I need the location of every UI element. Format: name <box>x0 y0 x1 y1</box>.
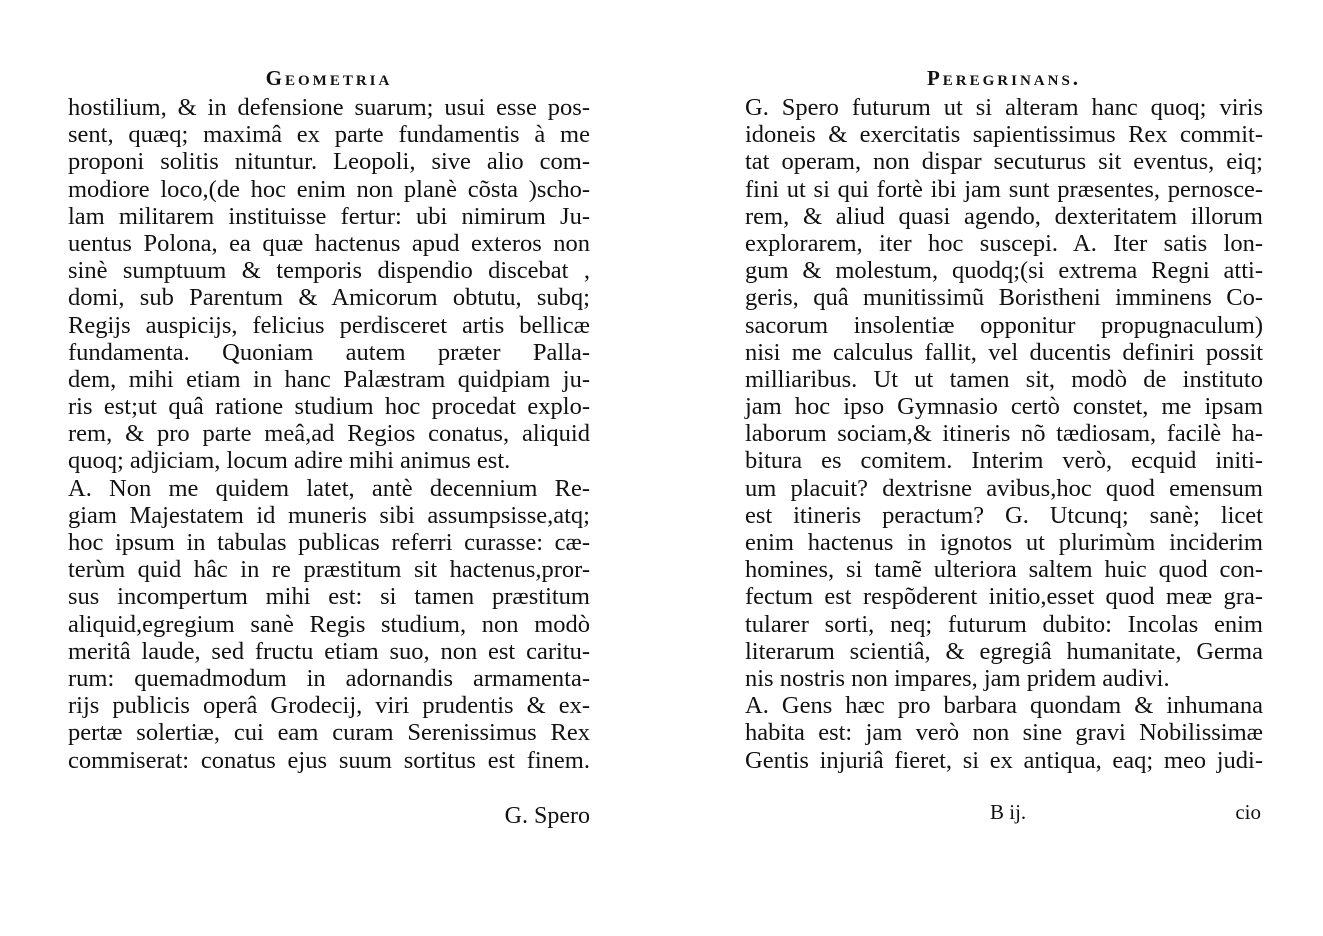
text-line: milliaribus. Ut ut tamen sit, modò de in… <box>745 366 1263 393</box>
text-line: tularer sorti, neq; futurum dubito: Inco… <box>745 611 1263 638</box>
text-line: habita est: jam verò non sine gravi Nobi… <box>745 719 1263 746</box>
text-line: rem, & pro parte meâ,ad Regios conatus, … <box>68 420 590 447</box>
text-line: sacorum insolentiæ opponitur propugnacul… <box>745 312 1263 339</box>
text-line: jam hoc ipso Gymnasio certò constet, me … <box>745 393 1263 420</box>
text-line: idoneis & exercitatis sapientissimus Rex… <box>745 121 1263 148</box>
text-line: proponi solitis nituntur. Leopoli, sive … <box>68 148 590 175</box>
text-line: literarum scientiâ, & egregiâ humanitate… <box>745 638 1263 665</box>
text-line: sinè sumptuum & temporis dispendio disce… <box>68 257 590 284</box>
text-line: fini ut si qui fortè ibi jam sunt præsen… <box>745 176 1263 203</box>
text-line: dem, mihi etiam in hanc Palæstram quidpi… <box>68 366 590 393</box>
text-line: sent, quæq; maximâ ex parte fundamentis … <box>68 121 590 148</box>
catchword-left: G. Spero <box>505 803 590 830</box>
text-line: enim hactenus in ignotos ut plurimùm inc… <box>745 529 1263 556</box>
text-line: domi, sub Parentum & Amicorum obtutu, su… <box>68 284 590 311</box>
text-line: nisi me calculus fallit, vel ducentis de… <box>745 339 1263 366</box>
text-line: modiore loco,(de hoc enim non planè cõst… <box>68 176 590 203</box>
text-line: homines, si tamẽ ulteriora saltem huic q… <box>745 556 1263 583</box>
text-line: geris, quâ munitissimũ Boristheni immine… <box>745 284 1263 311</box>
text-line: aliquid,egregium sanè Regis studium, non… <box>68 611 590 638</box>
text-line: nis nostris non impares, jam pridem audi… <box>745 665 1263 692</box>
text-line: Gentis injuriâ fieret, si ex antiqua, ea… <box>745 747 1263 774</box>
text-line: bitura es comitem. Interim verò, ecquid … <box>745 447 1263 474</box>
text-line: meritâ laude, sed fructu etiam suo, non … <box>68 638 590 665</box>
text-line: G. Spero futurum ut si alteram hanc quoq… <box>745 94 1263 121</box>
text-line: sus incompertum mihi est: si tamen præst… <box>68 583 590 610</box>
text-line: rum: quemadmodum in adornandis armamenta… <box>68 665 590 692</box>
text-line: A. Non me quidem latet, antè decennium R… <box>68 475 590 502</box>
text-line: gum & molestum, quodq;(si extrema Regni … <box>745 257 1263 284</box>
text-line: Regijs auspicijs, felicius perdisceret a… <box>68 312 590 339</box>
text-line: hoc ipsum in tabulas publicas referri cu… <box>68 529 590 556</box>
text-line: rijs publicis operâ Grodecij, viri prude… <box>68 692 590 719</box>
text-line: ris est;ut quâ ratione studium hoc proce… <box>68 393 590 420</box>
text-line: laborum sociam,& itineris nõ tædiosam, f… <box>745 420 1263 447</box>
running-header-right: Peregrinans. <box>745 66 1263 91</box>
catchword-right: cio <box>1235 800 1261 825</box>
text-line: fundamenta. Quoniam autem præter Palla- <box>68 339 590 366</box>
signature-mark: B ij. <box>990 800 1026 825</box>
running-header-left: Geometria <box>68 66 590 91</box>
text-line: um placuit? dextrisne avibus,hoc quod em… <box>745 475 1263 502</box>
text-line: pertæ solertiæ, cui eam curam Serenissim… <box>68 719 590 746</box>
text-line: A. Gens hæc pro barbara quondam & inhuma… <box>745 692 1263 719</box>
text-line: lam militarem instituisse fertur: ubi ni… <box>68 203 590 230</box>
text-line: terùm quid hâc in re præstitum sit hacte… <box>68 556 590 583</box>
text-line: explorarem, iter hoc suscepi. A. Iter sa… <box>745 230 1263 257</box>
text-line: hostilium, & in defensione suarum; usui … <box>68 94 590 121</box>
text-line: est itineris peractum? G. Utcunq; sanè; … <box>745 502 1263 529</box>
text-line: fectum est respõderent initio,esset quod… <box>745 583 1263 610</box>
text-line: quoq; adjiciam, locum adire mihi animus … <box>68 447 590 474</box>
text-line: commiserat: conatus ejus suum sortitus e… <box>68 747 590 774</box>
text-line: tat operam, non dispar secuturus sit eve… <box>745 148 1263 175</box>
text-line: uentus Polona, ea quæ hactenus apud exte… <box>68 230 590 257</box>
text-line: giam Majestatem id muneris sibi assumpsi… <box>68 502 590 529</box>
left-page-body: hostilium, & in defensione suarum; usui … <box>68 94 590 774</box>
text-line: rem, & aliud quasi agendo, dexteritatem … <box>745 203 1263 230</box>
right-page-body: G. Spero futurum ut si alteram hanc quoq… <box>745 94 1263 774</box>
